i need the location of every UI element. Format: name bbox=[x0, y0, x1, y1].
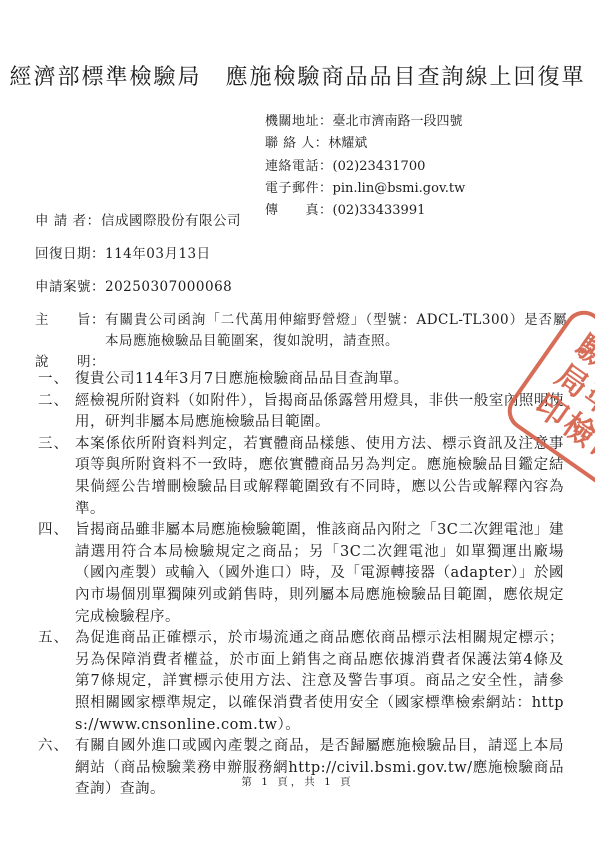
item-4-number: 四、 bbox=[38, 520, 75, 628]
applicant-row: 申 請 者： 信成國際股份有限公司 bbox=[35, 211, 241, 232]
reply-date-label: 回復日期： bbox=[35, 244, 105, 265]
case-number-row: 申請案號： 20250307000068 bbox=[35, 277, 232, 298]
subject-label: 主 旨： bbox=[35, 310, 105, 352]
explanation-items-list: 一、 復貴公司114年3月7日應施檢驗商品品目查詢單。 二、 經檢視所附資料（如… bbox=[38, 369, 564, 801]
agency-address-label: 機關地址： bbox=[265, 111, 333, 133]
agency-phone-label: 連絡電話： bbox=[265, 156, 333, 178]
agency-contact-person-value: 林耀斌 bbox=[328, 133, 367, 155]
item-3-text: 本案係依所附資料判定，若實體商品樣態、使用方法、標示資訊及注意事項等與所附資料不… bbox=[75, 434, 564, 520]
list-item-6: 六、 有關自國外進口或國內產製之商品，是否歸屬應施檢驗品目，請逕上本局網站（商品… bbox=[38, 736, 564, 801]
agency-email-row: 電子郵件： pin.lin@bsmi.gov.tw bbox=[265, 178, 465, 200]
agency-phone-value: (02)23431700 bbox=[333, 156, 426, 178]
list-item-5: 五、 為促進商品正確標示，於市場流通之商品應依商品標示法相關規定標示；另為保障消… bbox=[38, 628, 564, 736]
list-item-4: 四、 旨揭商品雖非屬本局應施檢驗範圍，惟該商品內附之「3C二次鋰電池」建請選用符… bbox=[38, 520, 564, 628]
item-2-text: 經檢視所附資料（如附件），旨揭商品係露營用燈具，非供一般室內照明使用，研判非屬本… bbox=[75, 391, 564, 434]
item-1-text: 復貴公司114年3月7日應施檢驗商品品目查詢單。 bbox=[75, 369, 564, 391]
list-item-3: 三、 本案係依所附資料判定，若實體商品樣態、使用方法、標示資訊及注意事項等與所附… bbox=[38, 434, 564, 520]
subject-value: 有關貴公司函詢「二代萬用伸縮野營燈」（型號：ADCL-TL300）是否屬本局應施… bbox=[105, 310, 567, 352]
list-item-2: 二、 經檢視所附資料（如附件），旨揭商品係露營用燈具，非供一般室內照明使用，研判… bbox=[38, 391, 564, 434]
document-page: 經濟部標準檢驗局 應施檢驗商品品目查詢線上回復單 機關地址： 臺北市濟南路一段四… bbox=[0, 0, 595, 842]
agency-contact-block: 機關地址： 臺北市濟南路一段四號 聯 絡 人： 林耀斌 連絡電話： (02)23… bbox=[265, 111, 465, 222]
case-number-value: 20250307000068 bbox=[105, 277, 232, 298]
item-3-number: 三、 bbox=[38, 434, 75, 520]
agency-contact-person-row: 聯 絡 人： 林耀斌 bbox=[265, 133, 465, 155]
agency-fax-row: 傳 真： (02)33433991 bbox=[265, 200, 465, 222]
item-1-number: 一、 bbox=[38, 369, 75, 391]
agency-email-value: pin.lin@bsmi.gov.tw bbox=[333, 178, 466, 200]
item-5-text: 為促進商品正確標示，於市場流通之商品應依商品標示法相關規定標示；另為保障消費者權… bbox=[75, 628, 564, 736]
agency-email-label: 電子郵件： bbox=[265, 178, 333, 200]
case-number-label: 申請案號： bbox=[35, 277, 105, 298]
agency-address-row: 機關地址： 臺北市濟南路一段四號 bbox=[265, 111, 465, 133]
agency-fax-value: (02)33433991 bbox=[333, 200, 426, 222]
item-5-number: 五、 bbox=[38, 628, 75, 736]
reply-date-value: 114年03月13日 bbox=[105, 244, 211, 265]
agency-fax-label: 傳 真： bbox=[265, 200, 333, 222]
page-footer: 第 1 頁，共 1 頁 bbox=[0, 774, 595, 789]
item-4-text: 旨揭商品雖非屬本局應施檢驗範圍，惟該商品內附之「3C二次鋰電池」建請選用符合本局… bbox=[75, 520, 564, 628]
agency-phone-row: 連絡電話： (02)23431700 bbox=[265, 156, 465, 178]
applicant-value: 信成國際股份有限公司 bbox=[101, 211, 241, 232]
agency-address-value: 臺北市濟南路一段四號 bbox=[333, 111, 463, 133]
item-6-text: 有關自國外進口或國內產製之商品，是否歸屬應施檢驗品目，請逕上本局網站（商品檢驗業… bbox=[75, 736, 564, 801]
applicant-label: 申 請 者： bbox=[35, 211, 101, 232]
list-item-1: 一、 復貴公司114年3月7日應施檢驗商品品目查詢單。 bbox=[38, 369, 564, 391]
item-2-number: 二、 bbox=[38, 391, 75, 434]
agency-contact-person-label: 聯 絡 人： bbox=[265, 133, 328, 155]
page-title: 經濟部標準檢驗局 應施檢驗商品品目查詢線上回復單 bbox=[0, 60, 595, 91]
reply-date-row: 回復日期： 114年03月13日 bbox=[35, 244, 211, 265]
item-6-number: 六、 bbox=[38, 736, 75, 801]
subject-row: 主 旨： 有關貴公司函詢「二代萬用伸縮野營燈」（型號：ADCL-TL300）是否… bbox=[35, 310, 567, 352]
